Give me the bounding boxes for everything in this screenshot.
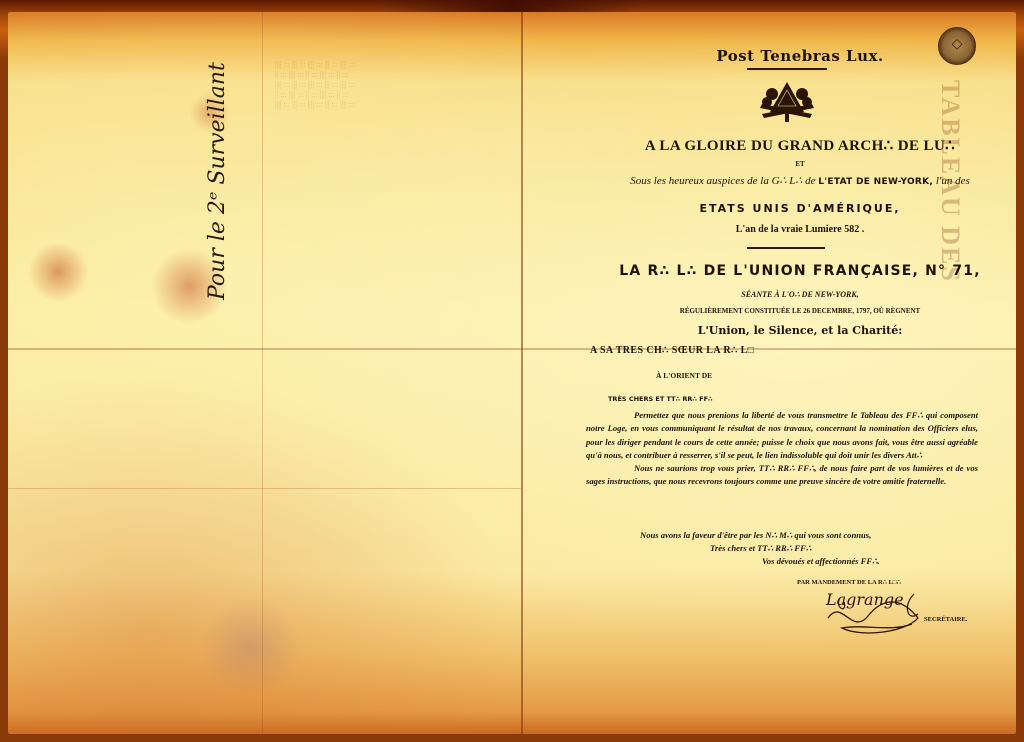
paragraph: Nous ne saurions trop vous prier, TT∴ RR…	[586, 462, 978, 489]
year-line: L'an de la vraie Lumiere 582 .	[600, 224, 1000, 235]
closing-line: Très chers et TT∴ RR∴ FF∴	[710, 543, 811, 554]
margin-handwriting: Pour le 2ᵉ Surveillant	[205, 62, 230, 300]
signatory-title: SECRÉTAIRE.	[924, 616, 967, 623]
salutation: TRÈS CHERS ET TT∴ RR∴ FF∴	[608, 395, 713, 403]
lodge-seat: SÉANTE À L'O∴ DE NEW-YORK,	[600, 290, 1000, 299]
masonic-triangle-emblem-icon	[758, 78, 816, 122]
square-compass-seal-icon: ◇	[938, 27, 976, 65]
fold-line	[262, 12, 263, 734]
auspices-line: Sous les heureux auspices de la G∴ L∴ de…	[590, 174, 1010, 187]
mandate-line: PAR MANDEMENT DE LA R∴ L□∴	[797, 578, 901, 586]
auspices-suffix: l'un des	[933, 175, 970, 187]
orient-line: À L'ORIENT DE	[656, 371, 712, 380]
virtues-line: L'Union, le Silence, et la Charité:	[600, 324, 1000, 337]
addressee: A SA TRES CH∴ SŒUR LA R∴ L□	[590, 345, 754, 356]
show-through-text: |||| ::: ||| ::: |||| ::: ||| ::: |||| :…	[275, 60, 515, 660]
lodge-name: LA R∴ L∴ DE L'UNION FRANÇAISE, N° 71,	[590, 263, 1010, 279]
constitution-line: RÉGULIÈREMENT CONSTITUÉE LE 26 DECEMBRE,…	[590, 307, 1010, 315]
closing-line: Vos dévoués et affectionnés FF∴.	[762, 556, 880, 567]
letter-body: Permettez que nous prenions la liberté d…	[586, 409, 978, 489]
conjunction: ET	[600, 160, 1000, 168]
signature: Lagrange	[826, 590, 904, 609]
paragraph: Permettez que nous prenions la liberté d…	[586, 409, 978, 462]
auspices-prefix: Sous les heureux auspices de la G∴ L∴ de	[630, 175, 818, 187]
country: ETATS UNIS D'AMÉRIQUE,	[600, 202, 1000, 215]
closing-line: Nous avons la faveur d'être par les N∴ M…	[640, 530, 871, 541]
divider	[747, 68, 827, 70]
divider	[747, 247, 825, 249]
invocation: A LA GLOIRE DU GRAND ARCH∴ DE LU∴	[600, 136, 1000, 155]
auspices-state: L'ETAT DE NEW-YORK,	[818, 177, 933, 187]
center-fold-line	[521, 12, 523, 734]
